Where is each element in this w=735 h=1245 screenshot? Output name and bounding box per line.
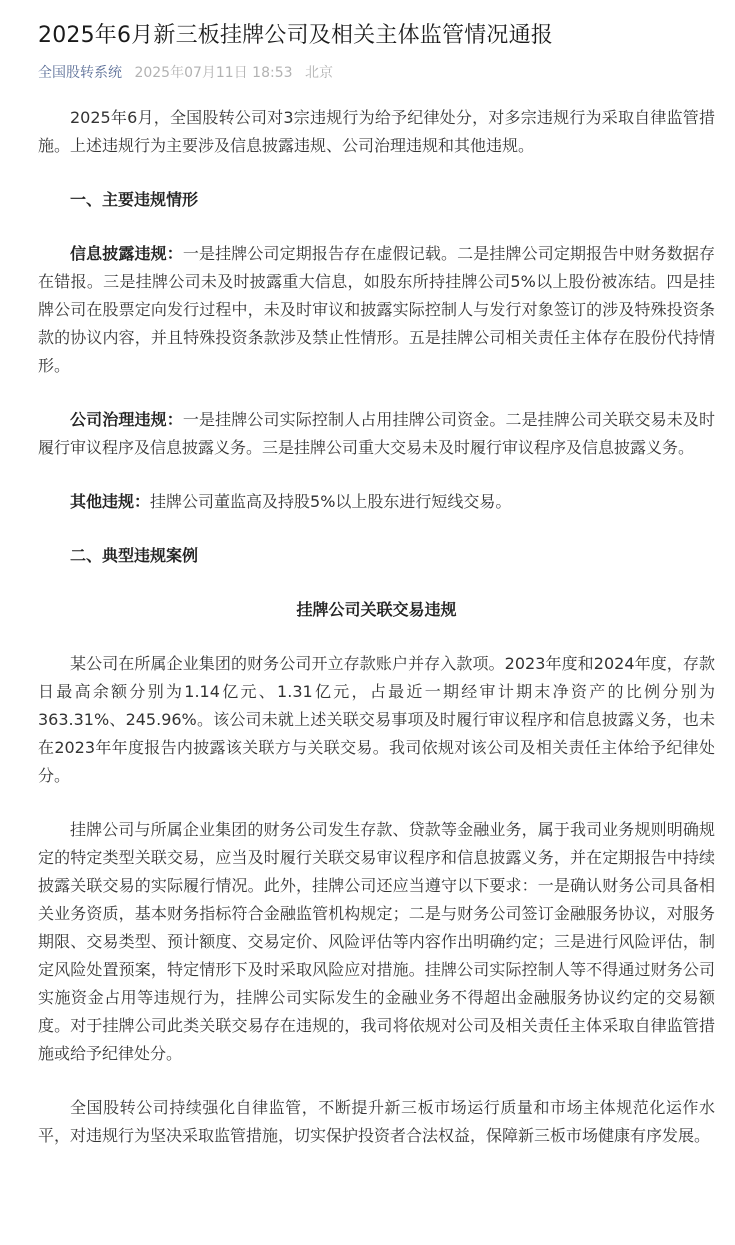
article-meta: 全国股转系统 2025年07月11日 18:53 北京 <box>38 62 715 84</box>
violation-label: 公司治理违规： <box>70 410 183 429</box>
spacer <box>38 160 715 186</box>
violation-label: 其他违规： <box>70 492 150 511</box>
violation-label: 信息披露违规： <box>70 244 183 263</box>
spacer <box>38 380 715 406</box>
case-title: 挂牌公司关联交易违规 <box>38 596 715 624</box>
spacer <box>38 214 715 240</box>
spacer <box>38 462 715 488</box>
spacer <box>38 790 715 816</box>
intro-paragraph: 2025年6月，全国股转公司对3宗违规行为给予纪律处分，对多宗违规行为采取自律监… <box>38 104 715 160</box>
violation-text: 一是挂牌公司定期报告存在虚假记载。二是挂牌公司定期报告中财务数据存在错报。三是挂… <box>38 244 715 375</box>
spacer <box>38 624 715 650</box>
violation-item-other: 其他违规：挂牌公司董监高及持股5%以上股东进行短线交易。 <box>38 488 715 516</box>
spacer <box>38 516 715 542</box>
article: 2025年6月新三板挂牌公司及相关主体监管情况通报 全国股转系统 2025年07… <box>0 0 735 1150</box>
section-heading-main-violations: 一、主要违规情形 <box>38 186 715 214</box>
spacer <box>38 570 715 596</box>
closing-paragraph: 全国股转公司持续强化自律监管，不断提升新三板市场运行质量和市场主体规范化运作水平… <box>38 1094 715 1150</box>
case-paragraph: 挂牌公司与所属企业集团的财务公司发生存款、贷款等金融业务，属于我司业务规则明确规… <box>38 816 715 1068</box>
case-paragraph: 某公司在所属企业集团的财务公司开立存款账户并存入款项。2023年度和2024年度… <box>38 650 715 790</box>
violation-text: 挂牌公司董监高及持股5%以上股东进行短线交易。 <box>150 492 511 511</box>
publish-datetime: 2025年07月11日 18:53 <box>134 65 292 81</box>
violation-item-disclosure: 信息披露违规：一是挂牌公司定期报告存在虚假记载。二是挂牌公司定期报告中财务数据存… <box>38 240 715 380</box>
article-body: 2025年6月，全国股转公司对3宗违规行为给予纪律处分，对多宗违规行为采取自律监… <box>38 104 715 1150</box>
violation-item-governance: 公司治理违规：一是挂牌公司实际控制人占用挂牌公司资金。二是挂牌公司关联交易未及时… <box>38 406 715 462</box>
source-account-link[interactable]: 全国股转系统 <box>38 65 122 81</box>
article-title: 2025年6月新三板挂牌公司及相关主体监管情况通报 <box>38 0 715 52</box>
spacer <box>38 1068 715 1094</box>
publish-location: 北京 <box>305 65 333 81</box>
section-heading-typical-cases: 二、典型违规案例 <box>38 542 715 570</box>
